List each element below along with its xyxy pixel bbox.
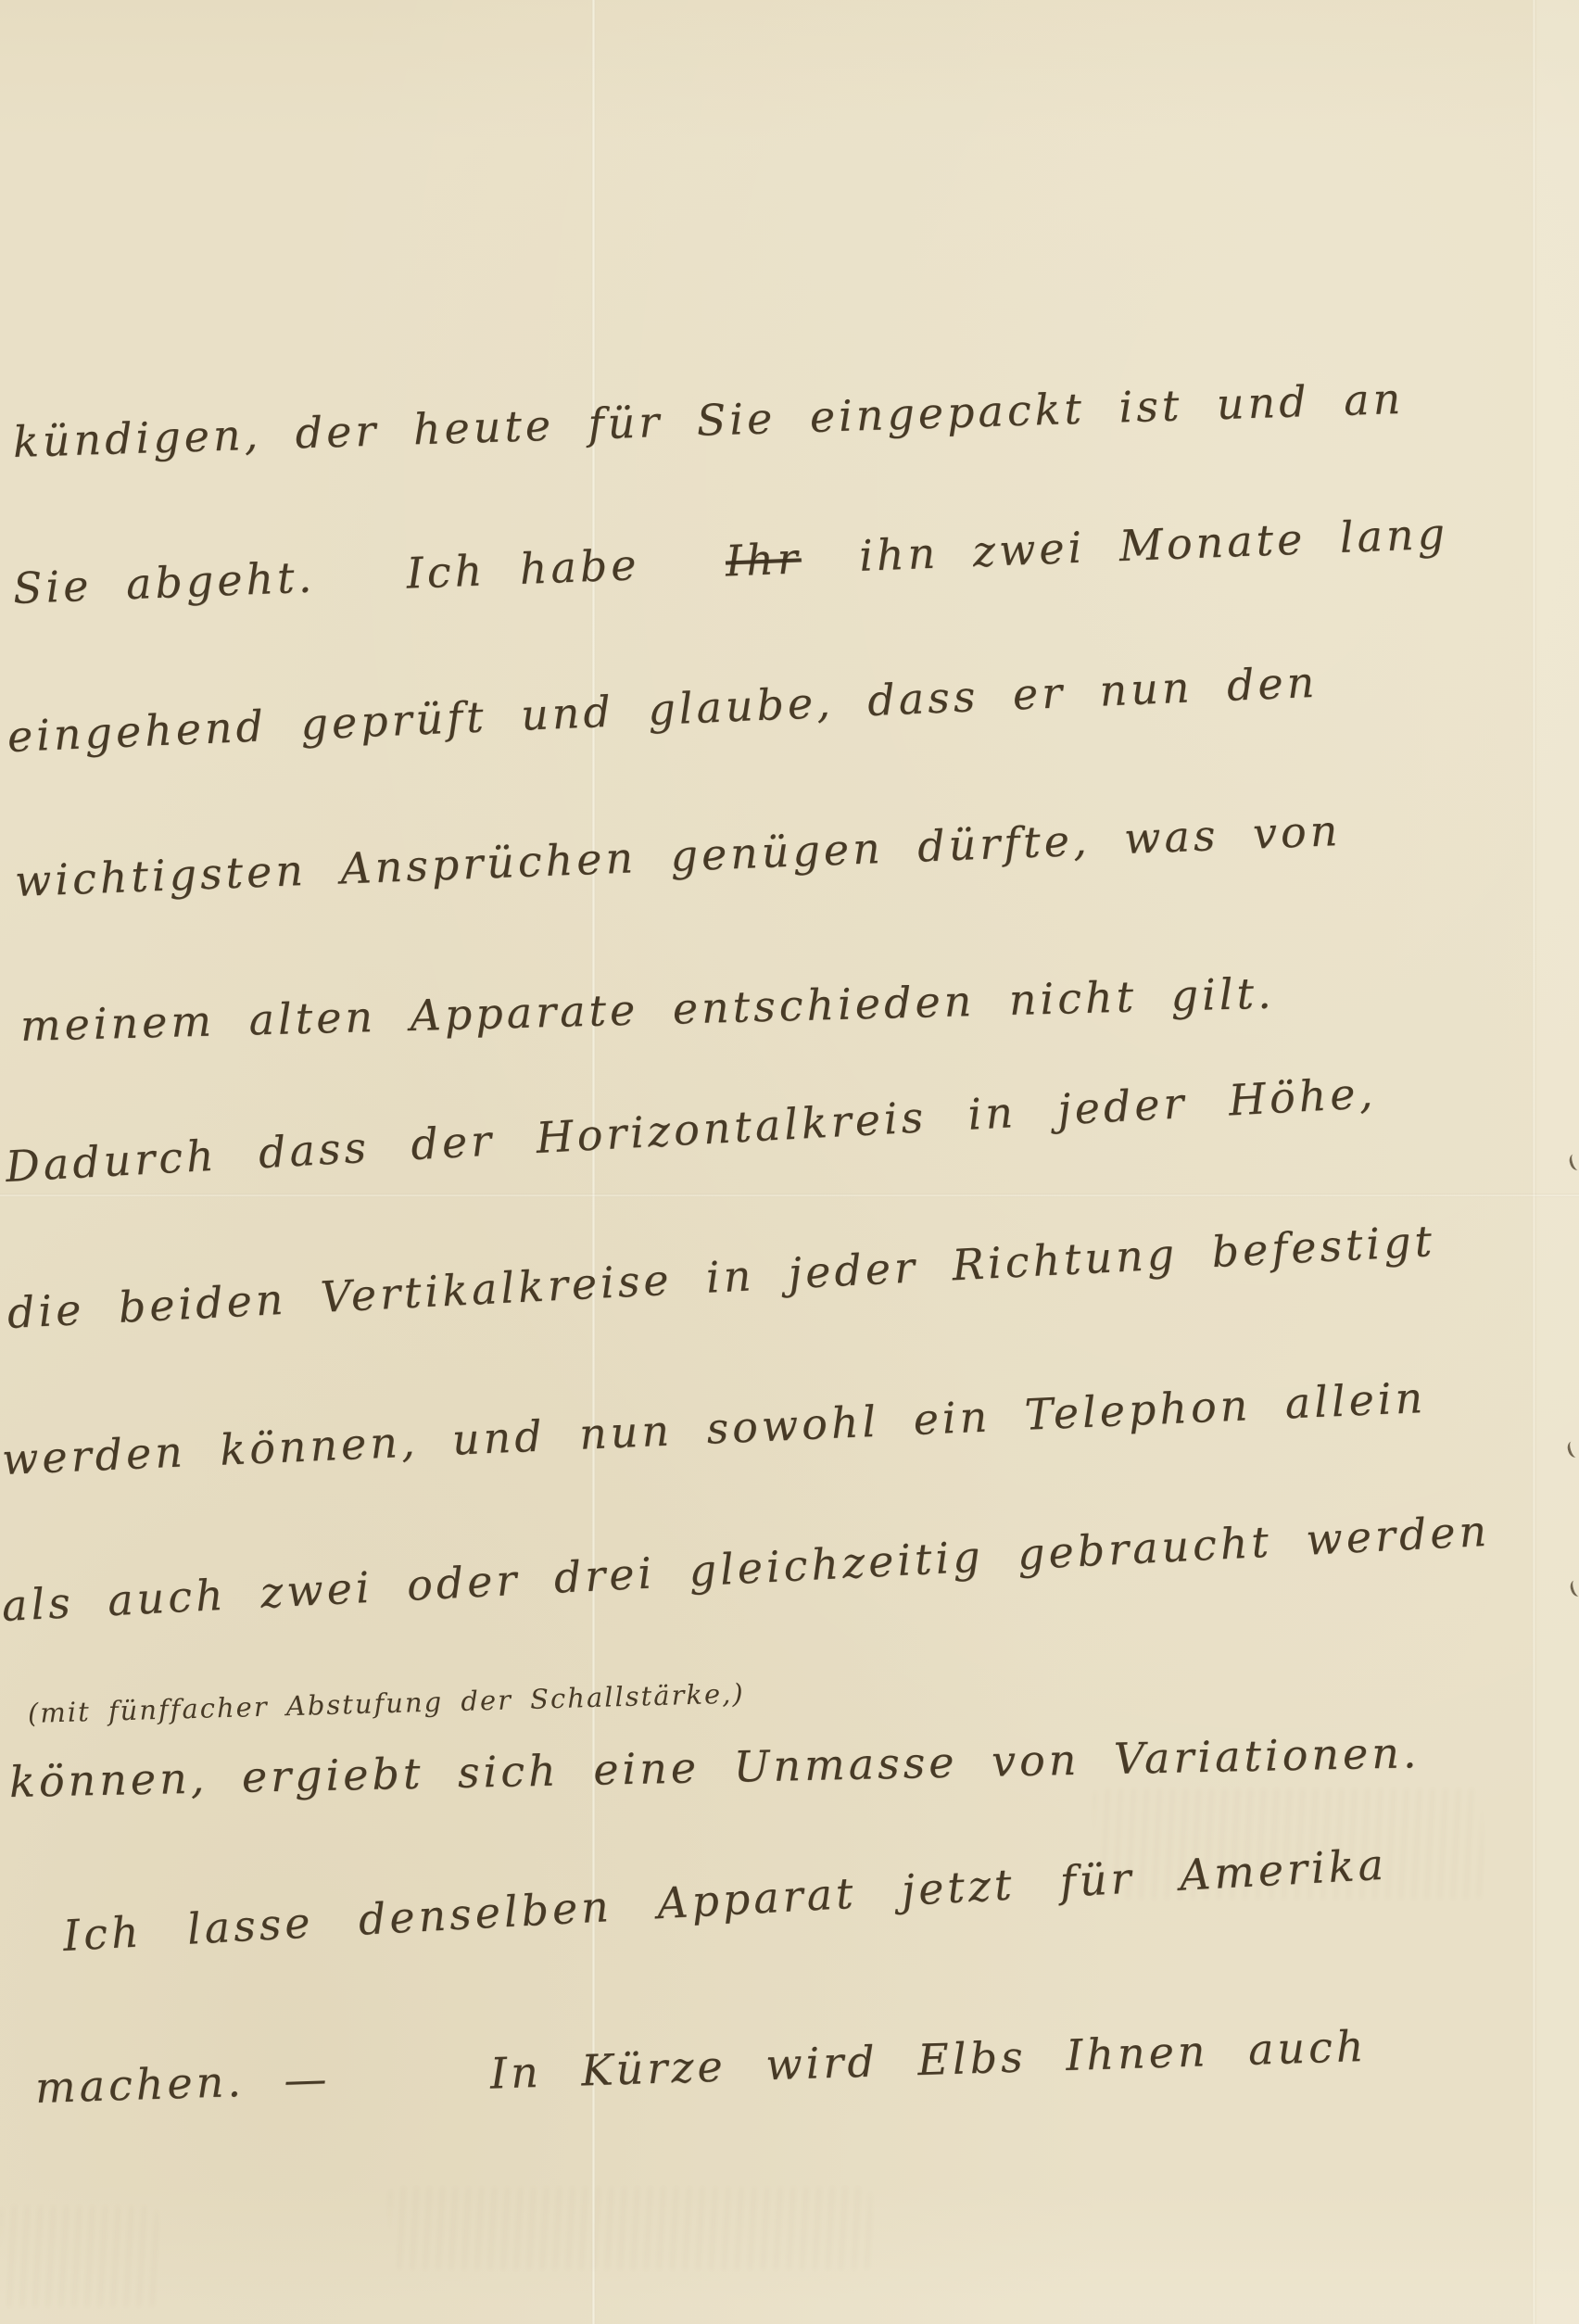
line-text: meinem alten Apparate entschieden nicht … xyxy=(19,968,1275,1051)
line-text: Ich habe xyxy=(406,539,641,599)
line-text: als auch zwei oder drei gleichzeitig geb… xyxy=(1,1506,1492,1631)
horizontal-fold-crease xyxy=(0,1194,1579,1197)
handwriting-line: Dadurch dass der Horizontalkreis in jede… xyxy=(5,1067,1378,1192)
handwriting-line: machen. — In Kürze wird Elbs Ihnen auch xyxy=(34,2021,1368,2113)
handwriting-line: wichtigsten Ansprüchen genügen dürfte, w… xyxy=(14,805,1342,906)
line-text: ihn zwei Monate lang xyxy=(858,509,1449,581)
handwriting-line: werden können, und nun sowohl ein Teleph… xyxy=(1,1372,1427,1484)
line-text: (mit fünffacher Abstufung der Schallstär… xyxy=(28,1677,746,1729)
letter-page: kündigen, der heute für Sie eingepackt i… xyxy=(0,0,1579,2324)
bleedthrough-smudge xyxy=(389,2187,871,2270)
line-text: wichtigsten Ansprüchen genügen dürfte, w… xyxy=(14,805,1342,906)
handwriting-line: als auch zwei oder drei gleichzeitig geb… xyxy=(1,1506,1492,1631)
handwriting-line: Ich lasse denselben Apparat jetzt für Am… xyxy=(62,1839,1389,1961)
handwriting-line: Sie abgeht. Ich habe Ihr ihn zwei Monate… xyxy=(12,509,1449,613)
line-text: kündigen, der heute für Sie eingepackt i… xyxy=(12,373,1405,467)
line-text: die beiden Vertikalkreise in jeder Richt… xyxy=(6,1216,1437,1338)
line-text: werden können, und nun sowohl ein Teleph… xyxy=(1,1372,1427,1484)
line-text: Dadurch dass der Horizontalkreis in jede… xyxy=(5,1067,1378,1192)
handwriting-line: kündigen, der heute für Sie eingepackt i… xyxy=(12,373,1405,467)
handwriting-line: die beiden Vertikalkreise in jeder Richt… xyxy=(6,1216,1437,1338)
vertical-fold-crease xyxy=(591,0,596,2324)
line-text: In Kürze wird Elbs Ihnen auch xyxy=(489,2021,1368,2099)
line-text: Ich lasse denselben Apparat jetzt für Am… xyxy=(62,1839,1389,1961)
line-text: eingehend geprüft und glaube, dass er nu… xyxy=(6,657,1319,762)
line-text: machen. — xyxy=(34,2053,331,2113)
interlinear-insertion: (mit fünffacher Abstufung der Schallstär… xyxy=(28,1677,746,1729)
handwriting-line: meinem alten Apparate entschieden nicht … xyxy=(19,968,1275,1051)
line-text: Sie abgeht. xyxy=(12,551,316,613)
bleedthrough-smudge xyxy=(0,2205,158,2307)
handwriting-line: eingehend geprüft und glaube, dass er nu… xyxy=(6,657,1319,762)
struck-out-word: Ihr xyxy=(725,533,802,586)
